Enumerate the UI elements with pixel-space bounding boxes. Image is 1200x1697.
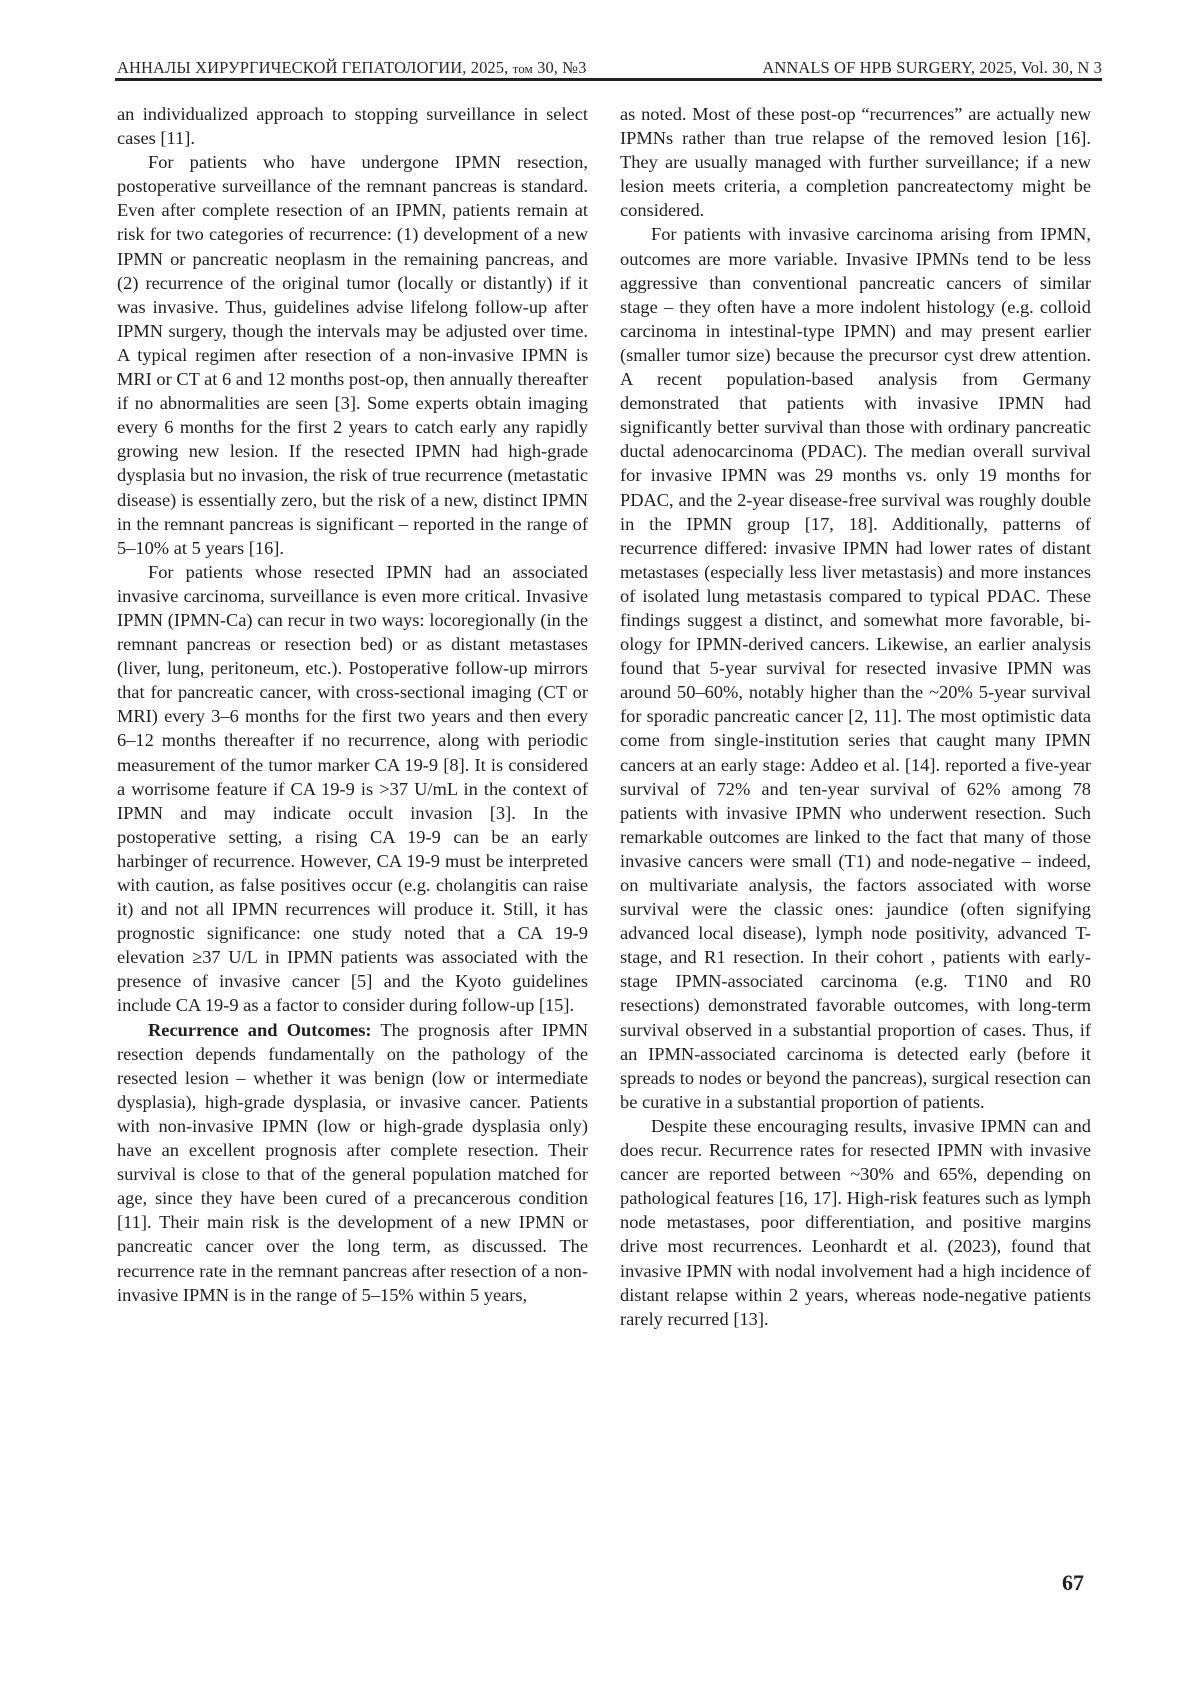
left-column: an individualized approach to stopping s…	[117, 102, 588, 1307]
paragraph: an individualized approach to stopping s…	[117, 102, 588, 150]
paragraph-recurrence-outcomes: Recurrence and Outcomes: The prognosis a…	[117, 1018, 588, 1307]
paragraph: For patients who have undergone IPMN res…	[117, 150, 588, 560]
paragraph: as noted. Most of these post-op “recurre…	[620, 102, 1091, 222]
page-number: 67	[1062, 1570, 1084, 1596]
paragraph: For patients whose resected IPMN had an …	[117, 560, 588, 1018]
paragraph: For patients with invasive carcinoma ari…	[620, 222, 1091, 1113]
running-header: АННАЛЫ ХИРУРГИЧЕСКОЙ ГЕПАТОЛОГИИ, 2025, …	[117, 58, 1102, 78]
paragraph-text: The prognosis after IPMN resection depen…	[117, 1020, 588, 1305]
journal-name-ru: АННАЛЫ ХИРУРГИЧЕСКОЙ ГЕПАТОЛОГИИ, 2025,	[117, 58, 508, 77]
paragraph: Despite these encouraging results, invas…	[620, 1114, 1091, 1331]
right-column: as noted. Most of these post-op “recurre…	[620, 102, 1091, 1331]
journal-title-russian: АННАЛЫ ХИРУРГИЧЕСКОЙ ГЕПАТОЛОГИИ, 2025, …	[117, 58, 586, 78]
header-divider	[115, 78, 1102, 81]
journal-title-english: ANNALS OF HPB SURGERY, 2025, Vol. 30, N …	[762, 58, 1102, 78]
volume-label-ru: том	[513, 61, 533, 76]
section-heading: Recurrence and Outcomes:	[148, 1020, 372, 1040]
volume-issue-ru: 30, №3	[537, 58, 586, 77]
